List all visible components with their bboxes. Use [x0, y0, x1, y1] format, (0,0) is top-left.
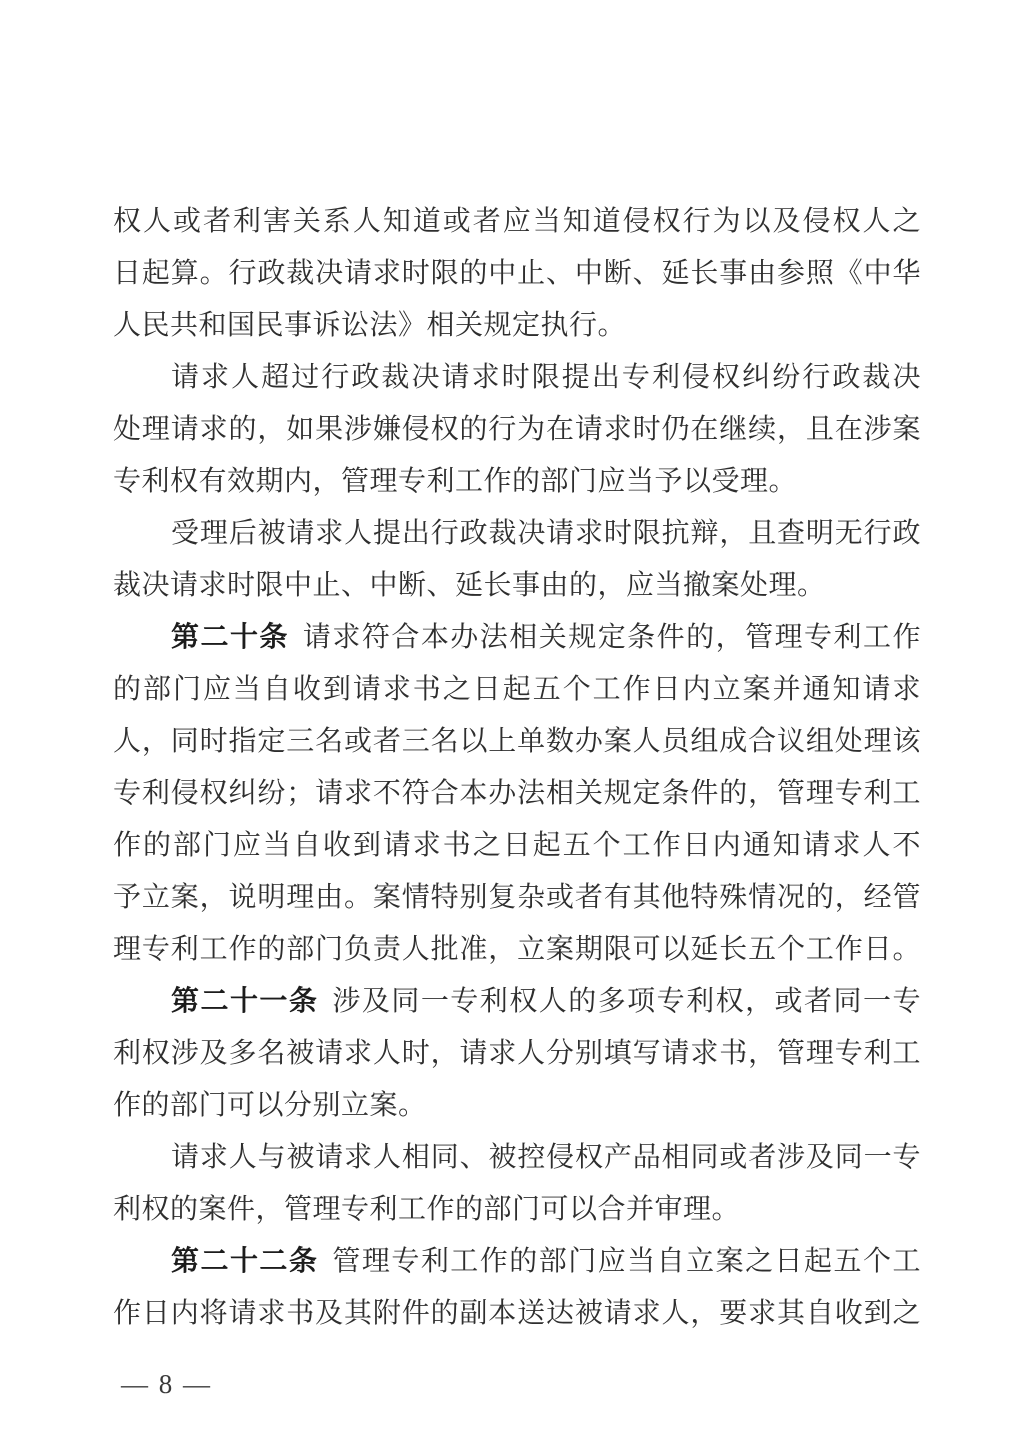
paragraph: 第二十条请求符合本办法相关规定条件的，管理专利工作的部门应当自收到请求书之日起五… [113, 612, 921, 976]
text-block: 权人或者利害关系人知道或者应当知道侵权行为以及侵权人之日起算。行政裁决请求时限的… [113, 196, 921, 1340]
document-page: 权人或者利害关系人知道或者应当知道侵权行为以及侵权人之日起算。行政裁决请求时限的… [0, 0, 1030, 1453]
paragraph: 权人或者利害关系人知道或者应当知道侵权行为以及侵权人之日起算。行政裁决请求时限的… [113, 196, 921, 352]
article-number: 第二十一条 [171, 986, 318, 1017]
paragraph: 请求人与被请求人相同、被控侵权产品相同或者涉及同一专利权的案件，管理专利工作的部… [113, 1132, 921, 1236]
paragraph: 第二十一条涉及同一专利权人的多项专利权，或者同一专利权涉及多名被请求人时，请求人… [113, 976, 921, 1132]
text-line: 请求人超过行政裁决请求时限提出专利侵权纠纷行政裁决 [113, 352, 921, 404]
text-line: 日起算。行政裁决请求时限的中止、中断、延长事由参照《中华 [113, 248, 921, 300]
text-line: 利权涉及多名被请求人时，请求人分别填写请求书，管理专利工 [113, 1028, 921, 1080]
text-line: 裁决请求时限中止、中断、延长事由的，应当撤案处理。 [113, 560, 921, 612]
text-line: 请求人与被请求人相同、被控侵权产品相同或者涉及同一专 [113, 1132, 921, 1184]
text-line: 作日内将请求书及其附件的副本送达被请求人，要求其自收到之 [113, 1288, 921, 1340]
text-line: 予立案，说明理由。案情特别复杂或者有其他特殊情况的，经管 [113, 872, 921, 924]
text-line: 受理后被请求人提出行政裁决请求时限抗辩，且查明无行政 [113, 508, 921, 560]
article-number: 第二十二条 [171, 1246, 318, 1277]
text-line: 第二十条请求符合本办法相关规定条件的，管理专利工作 [113, 612, 921, 664]
text-line: 专利权有效期内，管理专利工作的部门应当予以受理。 [113, 456, 921, 508]
line-text: 涉及同一专利权人的多项专利权，或者同一专 [332, 986, 921, 1017]
paragraph: 受理后被请求人提出行政裁决请求时限抗辩，且查明无行政裁决请求时限中止、中断、延长… [113, 508, 921, 612]
line-text: 请求符合本办法相关规定条件的，管理专利工作 [303, 622, 921, 653]
text-line: 处理请求的，如果涉嫌侵权的行为在请求时仍在继续，且在涉案 [113, 404, 921, 456]
text-line: 作的部门应当自收到请求书之日起五个工作日内通知请求人不 [113, 820, 921, 872]
text-line: 人民共和国民事诉讼法》相关规定执行。 [113, 300, 921, 352]
line-text: 管理专利工作的部门应当自立案之日起五个工 [332, 1246, 921, 1277]
text-line: 作的部门可以分别立案。 [113, 1080, 921, 1132]
text-line: 的部门应当自收到请求书之日起五个工作日内立案并通知请求 [113, 664, 921, 716]
text-line: 第二十二条管理专利工作的部门应当自立案之日起五个工 [113, 1236, 921, 1288]
text-line: 利权的案件，管理专利工作的部门可以合并审理。 [113, 1184, 921, 1236]
text-line: 第二十一条涉及同一专利权人的多项专利权，或者同一专 [113, 976, 921, 1028]
paragraph: 请求人超过行政裁决请求时限提出专利侵权纠纷行政裁决处理请求的，如果涉嫌侵权的行为… [113, 352, 921, 508]
page-number: — 8 — [121, 1369, 212, 1399]
text-line: 权人或者利害关系人知道或者应当知道侵权行为以及侵权人之 [113, 196, 921, 248]
paragraph: 第二十二条管理专利工作的部门应当自立案之日起五个工作日内将请求书及其附件的副本送… [113, 1236, 921, 1340]
text-line: 理专利工作的部门负责人批准，立案期限可以延长五个工作日。 [113, 924, 921, 976]
article-number: 第二十条 [171, 622, 289, 653]
text-line: 人，同时指定三名或者三名以上单数办案人员组成合议组处理该 [113, 716, 921, 768]
page-footer: — 8 — [121, 1366, 212, 1402]
text-line: 专利侵权纠纷；请求不符合本办法相关规定条件的，管理专利工 [113, 768, 921, 820]
